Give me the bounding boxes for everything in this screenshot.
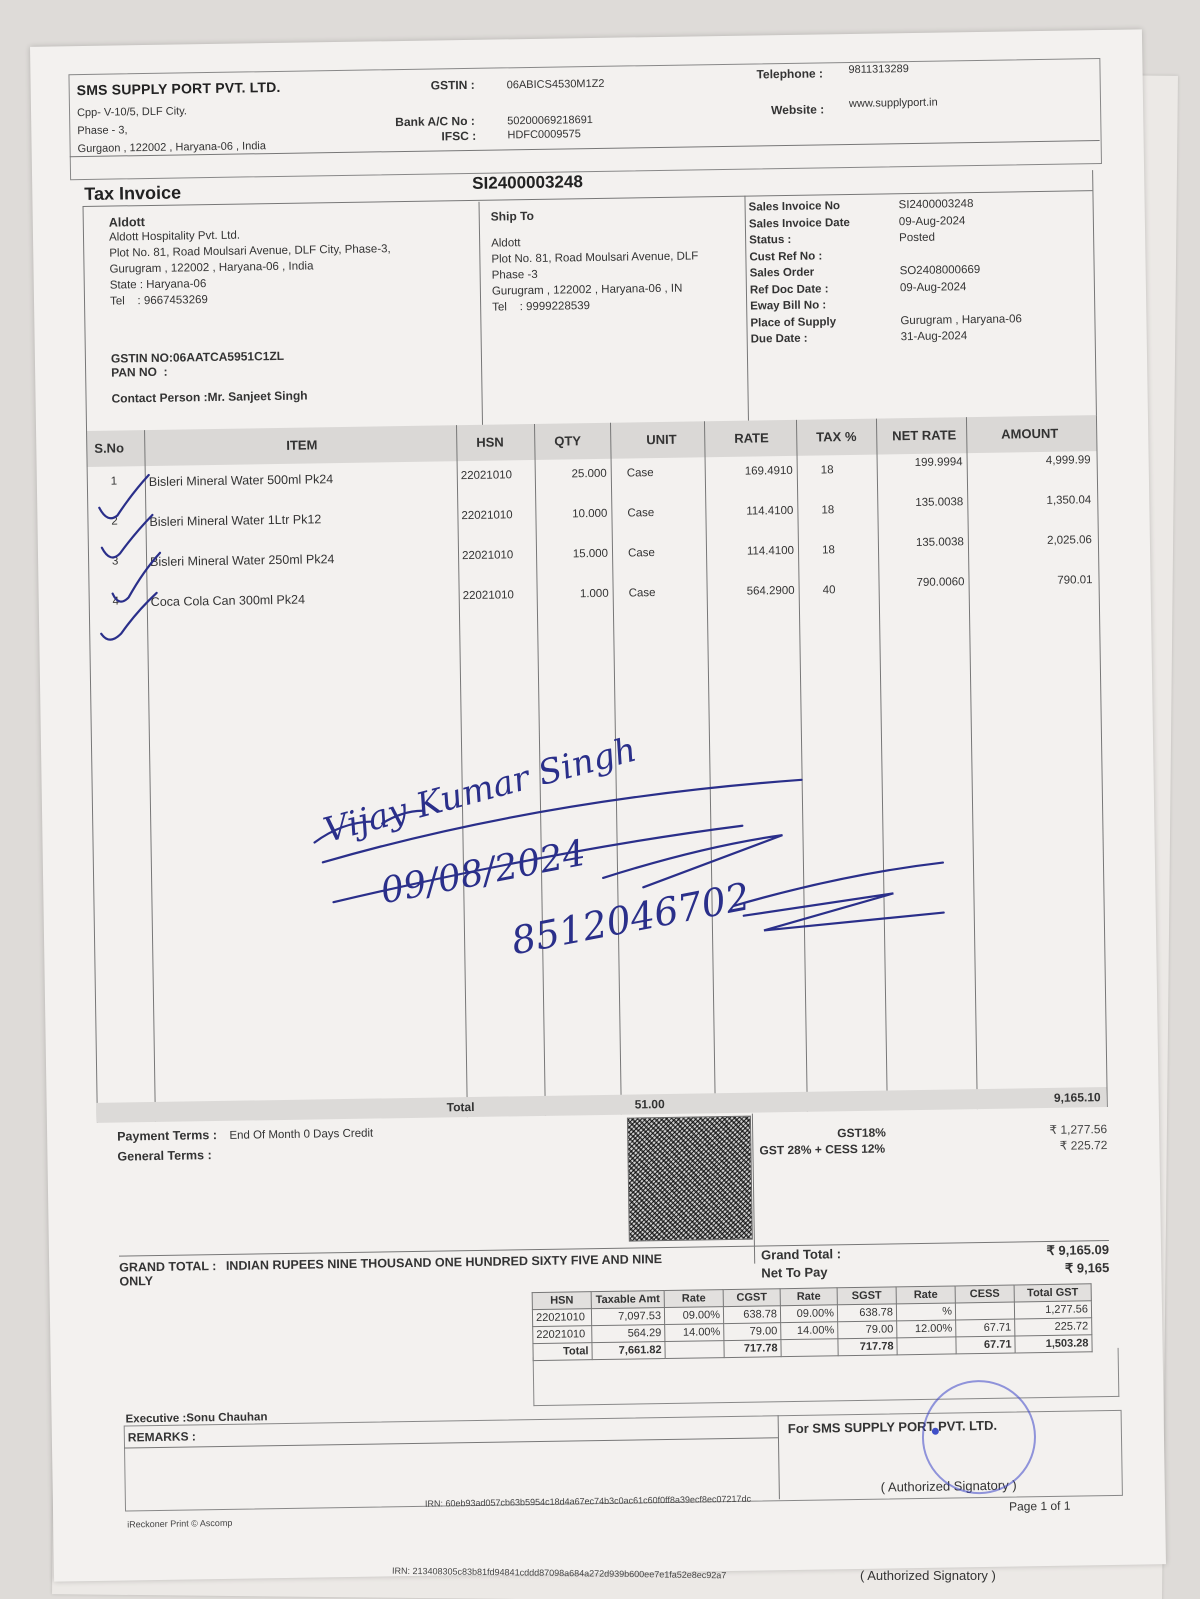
col-tax: TAX % — [816, 429, 856, 445]
gst-header: CESS — [955, 1285, 1014, 1303]
handwritten-date: 09/08/2024 — [377, 833, 589, 912]
gst-cell: 638.78 — [723, 1306, 780, 1324]
grand-total-value: ₹ 9,165.09 — [949, 1242, 1109, 1261]
gst-footer-box — [533, 1348, 1120, 1406]
gst-cell: 7,097.53 — [591, 1308, 664, 1326]
cell-tax: 40 — [823, 584, 863, 597]
handwritten-name: Vijay Kumar Singh — [320, 730, 641, 851]
table-row: 3Bisleri Mineral Water 250ml Pk242202101… — [30, 29, 1142, 46]
cell-sno: 3 — [100, 555, 130, 567]
col-amount: AMOUNT — [1001, 426, 1058, 442]
page-number: Page 1 of 1 — [1009, 1499, 1071, 1514]
stamp-dot — [932, 1428, 939, 1435]
bill-to-line: Tel : 9667453269 — [110, 289, 392, 309]
cell-amount: 790.01 — [972, 574, 1092, 588]
ship-to-line: Gurugram , 122002 , Haryana-06 , IN — [492, 280, 699, 299]
gst-cell: % — [896, 1303, 955, 1321]
table-row: 4Coca Cola Can 300ml Pk24220210101.000Ca… — [30, 29, 1142, 46]
cell-sno: 1 — [99, 475, 129, 487]
gst-cell: 22021010 — [532, 1309, 591, 1327]
bill-to-block: Aldott Aldott Hospitality Pvt. Ltd. Plot… — [109, 211, 393, 405]
company-name: SMS SUPPLY PORT PVT. LTD. — [77, 79, 281, 98]
cell-unit: Case — [627, 507, 687, 520]
meta-value: SO2408000669 — [900, 262, 981, 280]
cell-tax: 18 — [821, 504, 861, 517]
column-divider — [86, 431, 98, 1123]
cell-qty: 15.000 — [538, 548, 608, 561]
col-sno: S.No — [94, 440, 124, 455]
contact-person: Contact Person :Mr. Sanjeet Singh — [111, 387, 393, 405]
gst-cell: 564.29 — [592, 1325, 665, 1343]
meta-value: Gurugram , Haryana-06 — [900, 311, 1022, 329]
cell-rate: 114.4100 — [709, 505, 793, 518]
document-title: Tax Invoice — [84, 182, 181, 205]
gst28-cess-label: GST 28% + CESS 12% — [759, 1142, 885, 1158]
remarks-label: REMARKS : — [128, 1429, 196, 1444]
gstin-value: 06ABICS4530M1Z2 — [507, 78, 605, 92]
payment-terms-label: Payment Terms : — [117, 1128, 217, 1144]
cell-amount: 4,999.99 — [971, 454, 1091, 468]
payment-terms-value: End Of Month 0 Days Credit — [229, 1128, 373, 1142]
cell-rate: 114.4100 — [710, 545, 794, 558]
col-hsn: HSN — [476, 434, 504, 449]
meta-key: Due Date : — [751, 329, 901, 348]
grand-total-label: Grand Total : — [761, 1246, 841, 1262]
cell-rate: 564.2900 — [711, 585, 795, 598]
cell-item: Bisleri Mineral Water 250ml Pk24 — [150, 550, 450, 569]
cell-item: Bisleri Mineral Water 1Ltr Pk12 — [149, 510, 449, 529]
cell-net-rate: 790.0060 — [880, 576, 964, 589]
column-divider — [456, 425, 468, 1117]
net-to-pay-value: ₹ 9,165 — [949, 1260, 1109, 1279]
gst-cell: 14.00% — [781, 1322, 838, 1340]
cell-hsn: 22021010 — [461, 509, 531, 522]
terms-block: Payment Terms : End Of Month 0 Days Cred… — [117, 1124, 374, 1164]
telephone-value: 9811313289 — [848, 63, 909, 76]
cell-sno: 2 — [99, 515, 129, 527]
divider — [479, 202, 484, 426]
divider — [752, 1114, 755, 1264]
invoice-meta: Sales Invoice NoSI2400003248Sales Invoic… — [749, 195, 1023, 348]
gst-header: Rate — [780, 1288, 837, 1306]
column-divider — [610, 423, 622, 1115]
col-unit: UNIT — [646, 432, 677, 447]
divider — [83, 206, 88, 432]
gst-cell: 09.00% — [664, 1307, 723, 1325]
gst-header: Taxable Amt — [591, 1291, 664, 1309]
telephone-label: Telephone : — [756, 66, 823, 81]
gst-cell: 67.71 — [956, 1319, 1015, 1337]
meta-value: 09-Aug-2024 — [900, 279, 967, 297]
table-row: 2Bisleri Mineral Water 1Ltr Pk1222021010… — [30, 29, 1142, 46]
cell-hsn: 22021010 — [463, 589, 533, 602]
cell-net-rate: 135.0038 — [880, 536, 964, 549]
meta-value: Posted — [899, 230, 935, 247]
cell-unit: Case — [628, 547, 688, 560]
meta-value: SI2400003248 — [898, 196, 973, 214]
gst-cell: 79.00 — [838, 1321, 897, 1339]
gst-header: Rate — [664, 1290, 723, 1308]
gst-cell: 1,277.56 — [1014, 1301, 1091, 1319]
column-divider — [704, 421, 716, 1113]
cell-sno: 4 — [101, 595, 131, 607]
general-terms-label: General Terms : — [117, 1146, 373, 1164]
cell-amount: 1,350.04 — [971, 494, 1091, 508]
gst18-label: GST18% — [837, 1126, 886, 1141]
ifsc-value: HDFC0009575 — [507, 128, 581, 141]
col-rate: RATE — [734, 430, 769, 446]
underlying-signatory: ( Authorized Signatory ) — [860, 1568, 996, 1583]
company-address: Cpp- V-10/5, DLF City. Phase - 3, Gurgao… — [77, 101, 266, 158]
invoice-number: SI2400003248 — [472, 172, 583, 194]
meta-value: 09-Aug-2024 — [899, 213, 966, 231]
cell-qty: 1.000 — [539, 588, 609, 601]
cell-rate: 169.4910 — [709, 465, 793, 478]
ifsc-label: IFSC : — [441, 129, 476, 144]
qr-code — [627, 1116, 753, 1242]
col-qty: QTY — [554, 433, 581, 448]
gst-cell: 22021010 — [533, 1326, 592, 1344]
gst-cell — [955, 1302, 1014, 1320]
gst28-cess-value: ₹ 225.72 — [987, 1138, 1107, 1154]
table-row: 1Bisleri Mineral Water 500ml Pk242202101… — [30, 29, 1142, 46]
total-amount: 9,165.10 — [997, 1090, 1101, 1106]
gst-header: CGST — [723, 1289, 780, 1307]
column-divider — [966, 417, 978, 1109]
bank-ac-label: Bank A/C No : — [395, 114, 475, 129]
gst-cell: 09.00% — [780, 1305, 837, 1323]
cell-item: Bisleri Mineral Water 500ml Pk24 — [149, 470, 449, 489]
divider — [1092, 170, 1097, 415]
cell-net-rate: 135.0038 — [879, 496, 963, 509]
ship-to-label: Ship To — [491, 206, 698, 223]
cell-unit: Case — [629, 587, 689, 600]
gst-header: SGST — [837, 1287, 896, 1305]
cell-amount: 2,025.06 — [972, 534, 1092, 548]
cell-item: Coca Cola Can 300ml Pk24 — [151, 590, 451, 609]
gst-cell: 79.00 — [724, 1323, 781, 1341]
cell-tax: 18 — [821, 464, 861, 477]
website-label: Website : — [771, 102, 824, 117]
cell-qty: 25.000 — [537, 468, 607, 481]
meta-value: 31-Aug-2024 — [901, 328, 968, 346]
column-divider — [876, 419, 888, 1111]
total-qty: 51.00 — [567, 1097, 665, 1113]
col-item: ITEM — [286, 437, 317, 452]
gst-cell: 14.00% — [665, 1324, 724, 1342]
gst18-value: ₹ 1,277.56 — [987, 1122, 1107, 1138]
net-to-pay-label: Net To Pay — [761, 1264, 827, 1280]
grand-total-words: GRAND TOTAL : INDIAN RUPEES NINE THOUSAN… — [119, 1252, 662, 1289]
total-label: Total — [447, 1100, 475, 1114]
gst-cell: 638.78 — [837, 1304, 896, 1322]
cell-net-rate: 199.9994 — [879, 456, 963, 469]
grand-total-words-label: GRAND TOTAL : — [119, 1259, 216, 1275]
printed-by: iReckoner Print © Ascomp — [127, 1518, 232, 1530]
cell-tax: 18 — [822, 544, 862, 557]
gst-cell: 12.00% — [897, 1320, 956, 1338]
gst-cell: 225.72 — [1015, 1318, 1092, 1336]
cell-qty: 10.000 — [537, 508, 607, 521]
invoice-sheet: SMS SUPPLY PORT PVT. LTD. Cpp- V-10/5, D… — [30, 29, 1166, 1581]
column-divider — [1096, 415, 1108, 1107]
gst-header: HSN — [532, 1292, 591, 1310]
gst-header: Rate — [896, 1286, 955, 1304]
col-net-rate: NET RATE — [892, 427, 956, 443]
handwritten-phone: 8512046702 — [508, 874, 754, 963]
ship-to-line: Plot No. 81, Road Moulsari Avenue, DLF — [491, 248, 698, 267]
meta-row: Due Date :31-Aug-2024 — [751, 327, 1023, 348]
website-link[interactable]: www.supplyport.in — [849, 97, 938, 110]
gstin-label: GSTIN : — [431, 78, 475, 93]
gst-header: Total GST — [1014, 1284, 1091, 1302]
column-divider — [796, 420, 808, 1112]
cell-unit: Case — [627, 467, 687, 480]
ship-to-block: Ship To Aldott Plot No. 81, Road Moulsar… — [491, 206, 700, 315]
cell-hsn: 22021010 — [462, 549, 532, 562]
ship-to-line: Tel : 9999228539 — [492, 296, 699, 315]
column-divider — [144, 430, 156, 1122]
bill-to-pan: PAN NO : — [111, 361, 393, 379]
bank-ac-value: 50200069218691 — [507, 114, 593, 127]
cell-hsn: 22021010 — [461, 469, 531, 482]
items-total-row: Total 51.00 9,165.10 — [97, 1087, 1107, 1123]
column-divider — [534, 424, 546, 1116]
